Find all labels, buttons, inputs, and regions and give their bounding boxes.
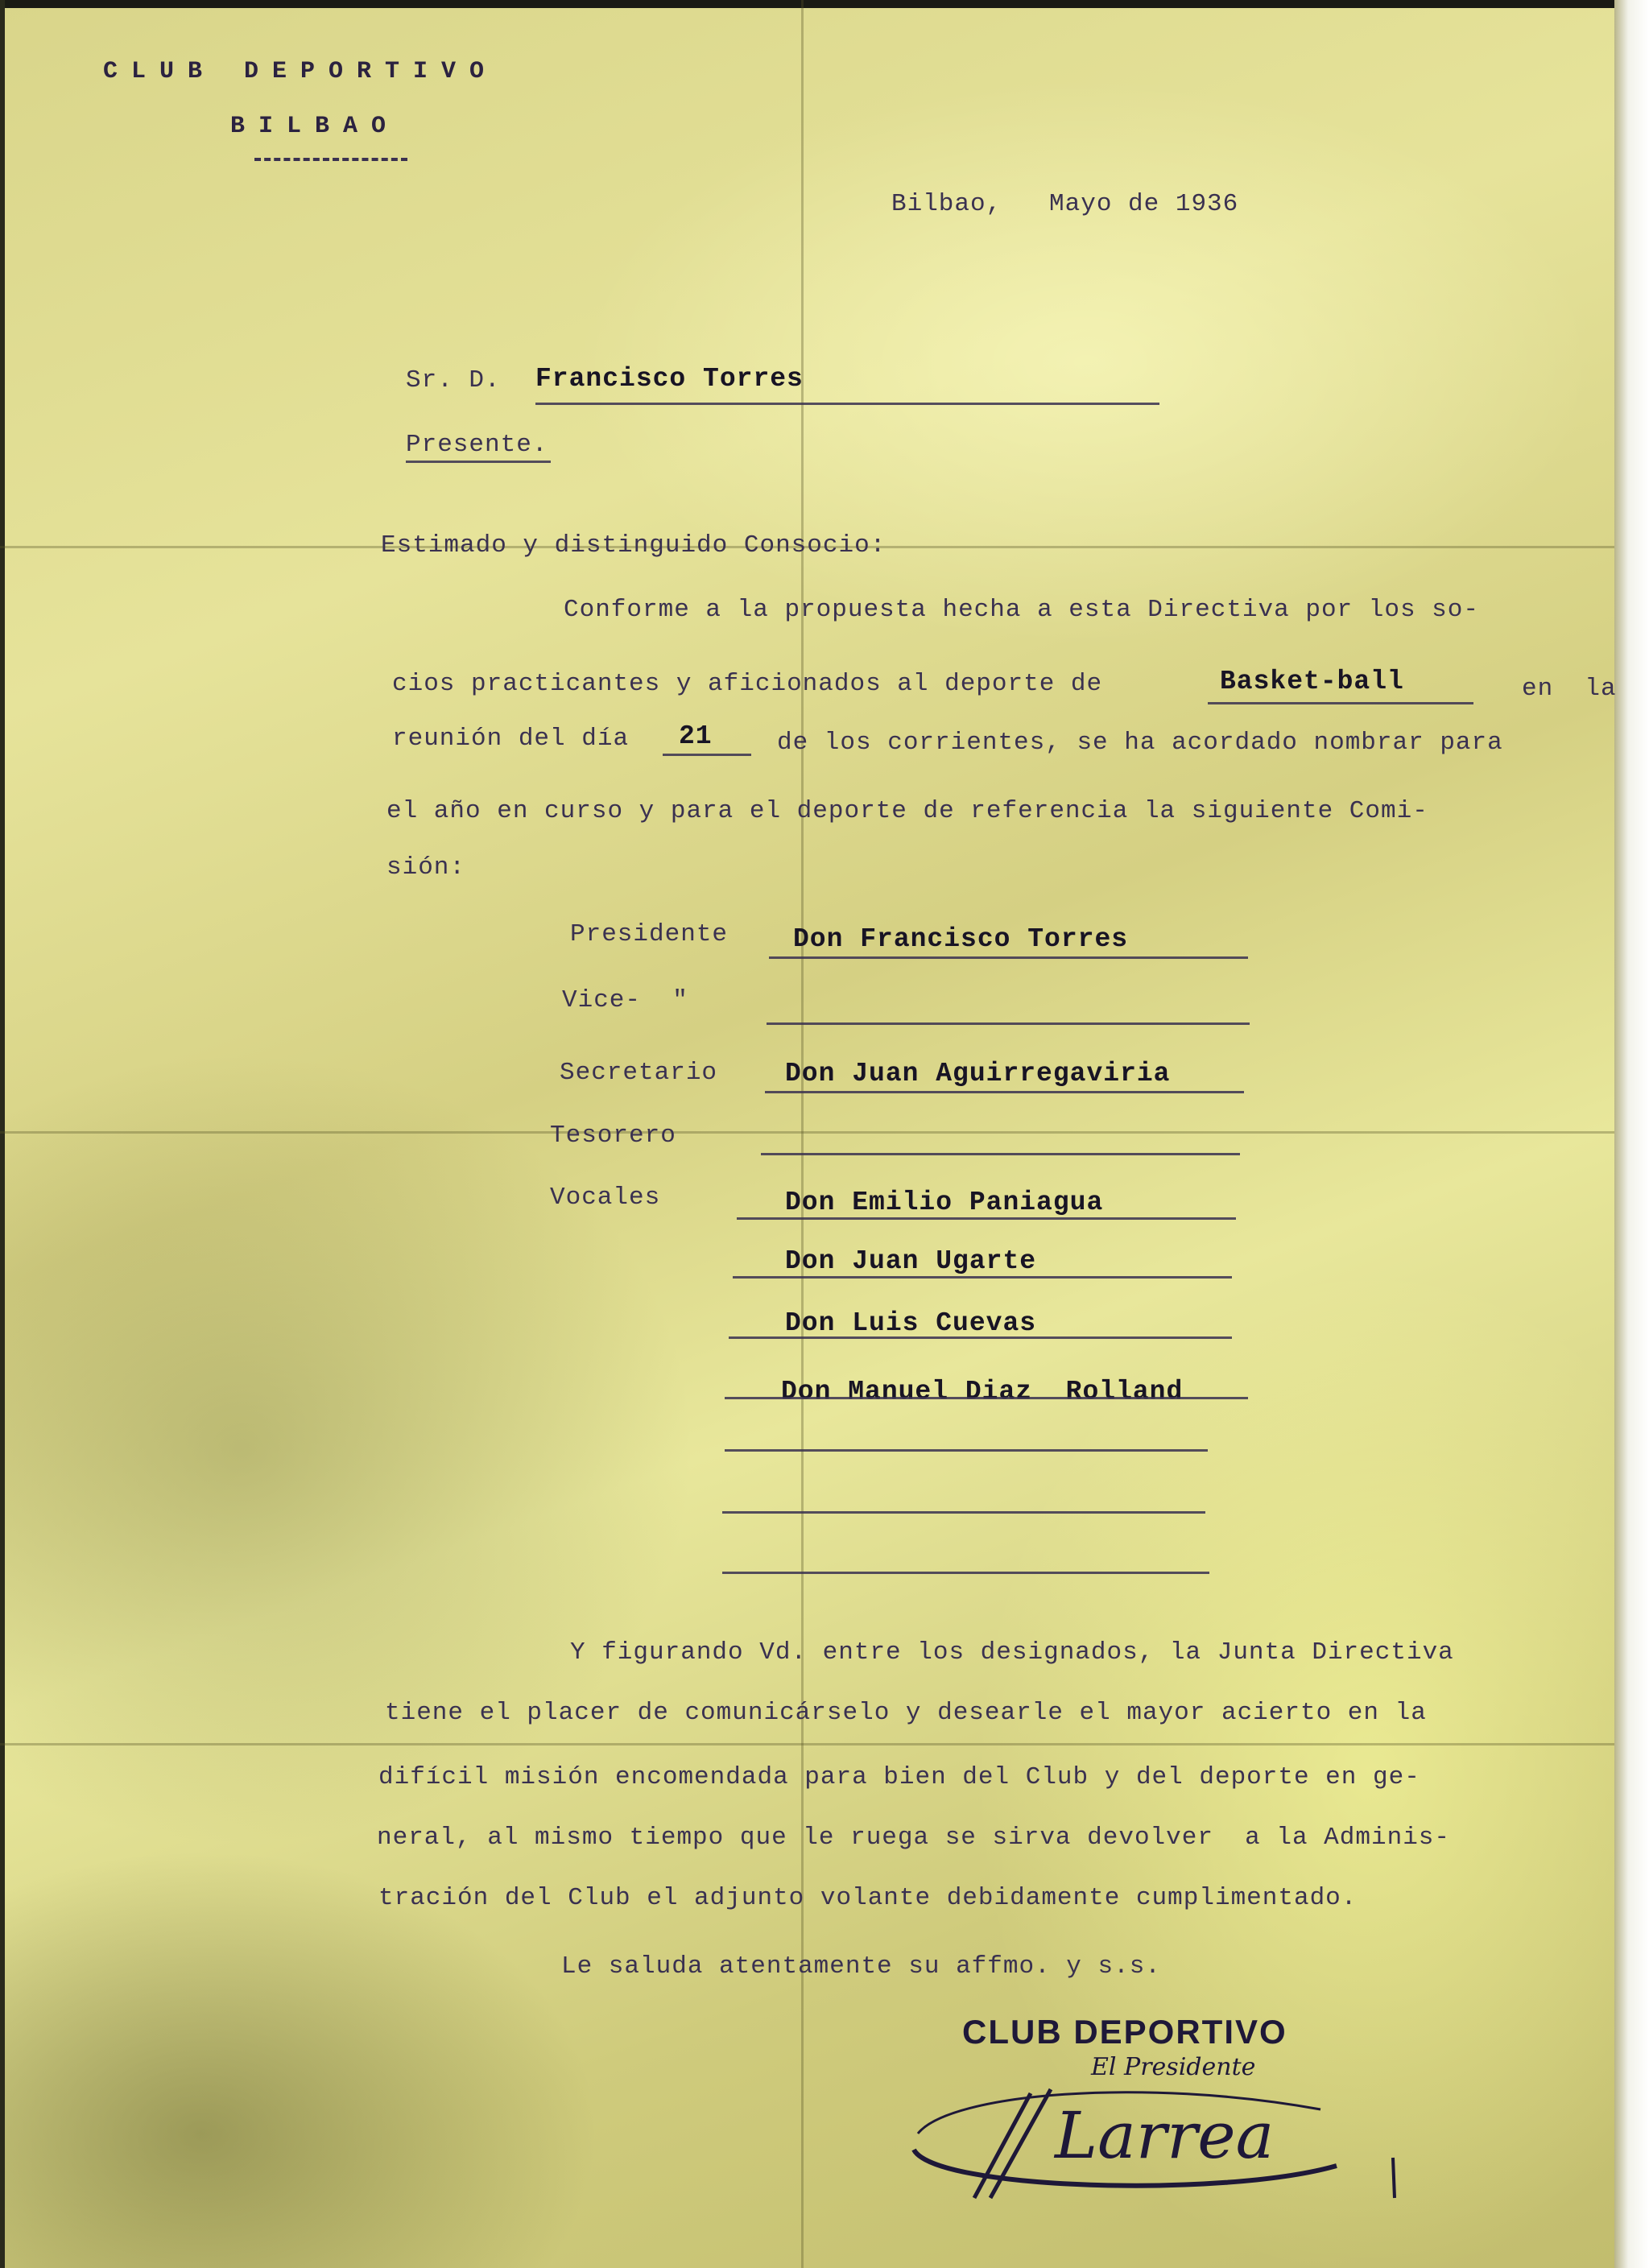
member-underline bbox=[725, 1397, 1248, 1399]
president-signature: Larrea bbox=[902, 2077, 1401, 2206]
vertical-fold-crease bbox=[801, 0, 804, 2268]
date-line: Bilbao, Mayo de 1936 bbox=[891, 190, 1238, 218]
presente-underline bbox=[406, 461, 551, 463]
letterhead-rule bbox=[254, 158, 407, 161]
role-label: Tesorero bbox=[550, 1122, 676, 1150]
member-underline bbox=[769, 956, 1248, 959]
body-line-1: Conforme a la propuesta hecha a esta Dir… bbox=[564, 596, 1479, 624]
member-underline bbox=[761, 1153, 1240, 1155]
scan-top-border bbox=[0, 0, 1649, 8]
letter-paper bbox=[0, 0, 1614, 2268]
scan-left-border bbox=[0, 0, 5, 2268]
member-underline bbox=[729, 1336, 1232, 1339]
member-name: Don Francisco Torres bbox=[793, 924, 1128, 954]
member-name: Don Juan Aguirregaviria bbox=[785, 1059, 1170, 1089]
member-name: Don Manuel Diaz Rolland bbox=[781, 1377, 1183, 1407]
member-underline bbox=[767, 1022, 1250, 1025]
member-underline bbox=[733, 1276, 1232, 1279]
role-label: Vocales bbox=[550, 1184, 660, 1212]
closing-line-3: difícil misión encomendada para bien del… bbox=[378, 1763, 1420, 1791]
closing-line-5: tración del Club el adjunto volante debi… bbox=[378, 1884, 1357, 1912]
day-underline bbox=[663, 754, 751, 756]
recipient-prefix: Sr. D. bbox=[406, 366, 501, 395]
role-label: Presidente bbox=[570, 920, 728, 948]
member-underline-empty bbox=[722, 1511, 1205, 1514]
recipient-underline bbox=[535, 403, 1159, 405]
member-name: Don Luis Cuevas bbox=[785, 1308, 1036, 1338]
salutation: Estimado y distinguido Consocio: bbox=[381, 531, 886, 560]
member-underline-empty bbox=[725, 1449, 1208, 1452]
closing-line-1: Y figurando Vd. entre los designados, la… bbox=[570, 1638, 1454, 1667]
member-underline-empty bbox=[722, 1572, 1209, 1574]
letterhead-city: BILBAO bbox=[230, 113, 399, 140]
club-stamp: CLUB DEPORTIVO bbox=[962, 2013, 1287, 2051]
letterhead-club-name: CLUB DEPORTIVO bbox=[103, 58, 498, 85]
sport-name: Basket-ball bbox=[1220, 667, 1404, 696]
role-label: Vice- " bbox=[562, 986, 688, 1014]
member-underline bbox=[737, 1217, 1236, 1220]
body-line-5: sión: bbox=[386, 853, 465, 882]
horizontal-fold-crease bbox=[0, 1131, 1614, 1134]
closing-line-2: tiene el placer de comunicárselo y desea… bbox=[385, 1699, 1427, 1727]
farewell: Le saluda atentamente su affmo. y s.s. bbox=[561, 1952, 1161, 1981]
member-name: Don Juan Ugarte bbox=[785, 1246, 1036, 1276]
role-label: Secretario bbox=[560, 1059, 717, 1087]
body-line-3-end: de los corrientes, se ha acordado nombra… bbox=[777, 729, 1503, 757]
member-underline bbox=[765, 1091, 1244, 1093]
horizontal-fold-crease bbox=[0, 1743, 1614, 1745]
sport-underline bbox=[1208, 702, 1473, 704]
presente-label: Presente. bbox=[406, 431, 548, 459]
recipient-name: Francisco Torres bbox=[535, 364, 804, 394]
body-line-2: cios practicantes y aficionados al depor… bbox=[392, 670, 1102, 698]
closing-line-4: neral, al mismo tiempo que le ruega se s… bbox=[377, 1824, 1450, 1852]
body-line-3: reunión del día bbox=[392, 725, 629, 753]
meeting-day: 21 bbox=[679, 721, 713, 751]
scan-right-border bbox=[1614, 0, 1649, 2268]
body-line-4: el año en curso y para el deporte de ref… bbox=[386, 797, 1428, 825]
body-line-2-end: en la bbox=[1522, 675, 1617, 703]
member-name: Don Emilio Paniagua bbox=[785, 1188, 1103, 1217]
signature-text: Larrea bbox=[1053, 2098, 1274, 2173]
